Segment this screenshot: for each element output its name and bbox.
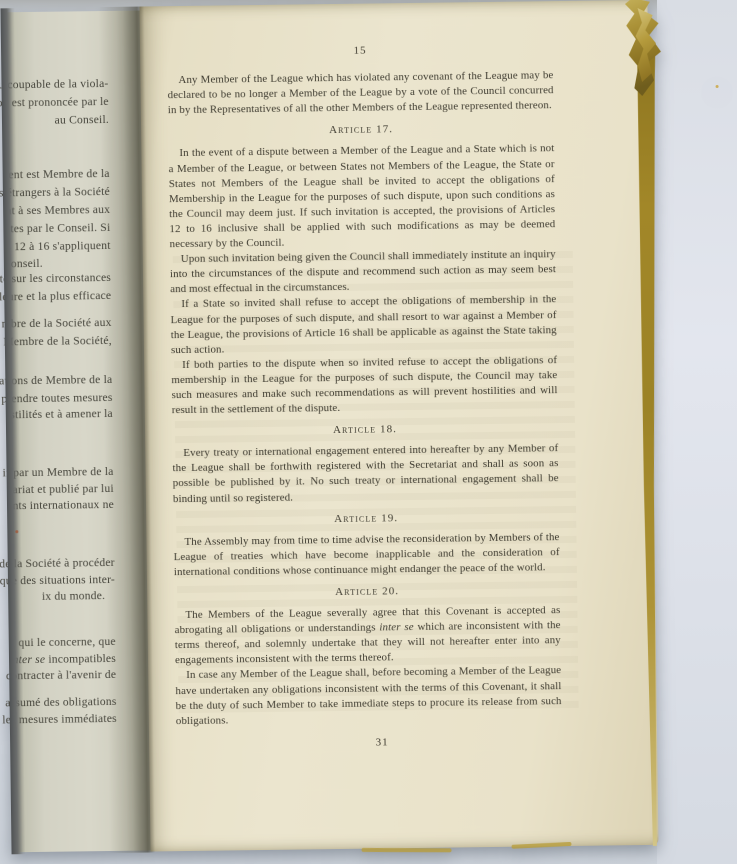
text-fragment: e qui le concerne, que xyxy=(10,635,116,649)
text-fragment: ent est Membre de la xyxy=(8,167,109,181)
article-paragraph: If a State so invited shall refuse to ac… xyxy=(170,293,557,358)
intro-paragraph: Any Member of the League which has viola… xyxy=(167,68,554,118)
open-book: u coupable de la viola- on est prononcée… xyxy=(0,0,673,854)
text-fragment: incompatibles xyxy=(45,652,116,666)
text-fragment: on est prononcée par le xyxy=(0,95,109,109)
text-fragment: s 12 à 16 s'appliquent xyxy=(6,239,111,253)
text-fragment: u coupable de la viola- xyxy=(0,77,109,91)
book-photo: { "colors": { "backdrop": "#dde1e9", "ri… xyxy=(0,0,737,864)
article-heading: Article 20. xyxy=(174,582,560,602)
article-paragraph: In the event of a dispute between a Memb… xyxy=(168,142,555,253)
text-fragment: nt à ses Membres aux xyxy=(6,203,111,217)
paper-sliver xyxy=(362,848,452,852)
text-fragment: stilités et à amener la xyxy=(10,407,113,421)
text-fragment: ents internationaux ne xyxy=(7,498,114,512)
paper-speck xyxy=(716,85,719,88)
article-paragraph: If both parties to the dispute when so i… xyxy=(171,353,558,418)
article-heading: Article 18. xyxy=(172,420,558,440)
article-paragraph: The Assembly may from time to time advis… xyxy=(173,530,560,580)
text-fragment: inter se incompatibles xyxy=(9,652,116,666)
page-content: 15 Any Member of the League which has vi… xyxy=(167,41,562,753)
article-heading: Article 19. xyxy=(173,509,559,529)
article-heading: Article 17. xyxy=(168,121,554,141)
text-fragment: stes par le Conseil. Si xyxy=(6,221,111,235)
article-paragraph: Upon such invitation being given the Cou… xyxy=(170,247,557,297)
text-fragment: ix du monde. xyxy=(42,589,105,603)
article-paragraph: Every treaty or international engagement… xyxy=(172,441,559,506)
article-paragraph: In case any Member of the League shall, … xyxy=(175,664,562,729)
article-paragraph: The Members of the League severally agre… xyxy=(174,603,561,668)
italic-term: inter se xyxy=(379,621,413,633)
paper-speck xyxy=(15,530,18,533)
text-fragment: tariat et publié par lui xyxy=(9,482,114,496)
